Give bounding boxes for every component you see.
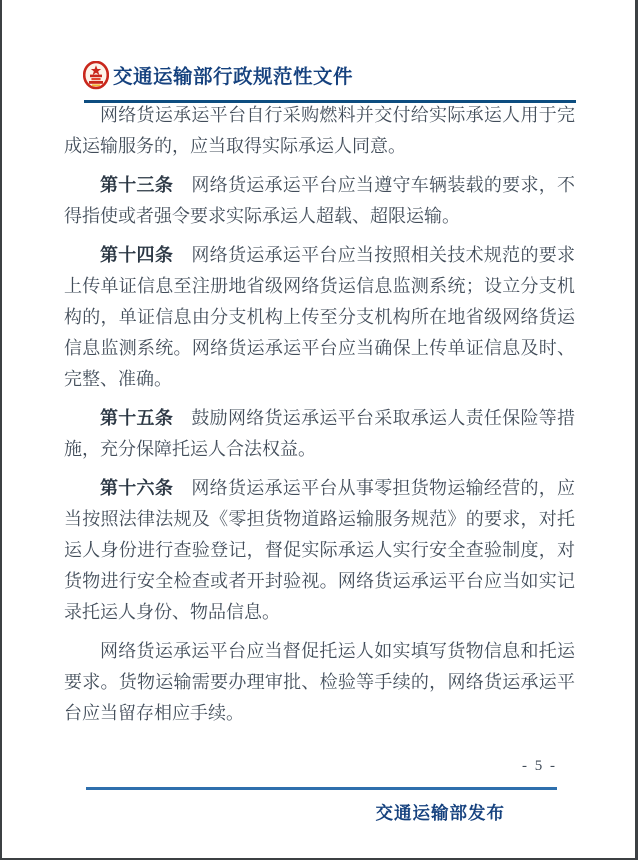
- paragraph: 网络货运承运平台自行采购燃料并交付给实际承运人用于完成运输服务的，应当取得实际承…: [64, 100, 575, 162]
- article-number: 第十三条: [100, 175, 173, 195]
- document-body: 网络货运承运平台自行采购燃料并交付给实际承运人用于完成运输服务的，应当取得实际承…: [64, 100, 575, 737]
- document-page: 交通运输部行政规范性文件 网络货运承运平台自行采购燃料并交付给实际承运人用于完成…: [2, 0, 635, 858]
- publisher-label: 交通运输部发布: [376, 800, 506, 825]
- paragraph: 第十六条 网络货运承运平台从事零担货物运输经营的，应当按照法律法规及《零担货物道…: [64, 473, 575, 628]
- paragraph: 第十五条 鼓励网络货运承运平台采取承运人责任保险等措施，充分保障托运人合法权益。: [64, 403, 575, 465]
- page-number: - 5 -: [522, 758, 557, 775]
- footer-rule: [86, 787, 557, 790]
- paragraph: 网络货运承运平台应当督促托运人如实填写货物信息和托运要求。货物运输需要办理审批、…: [64, 636, 575, 729]
- national-emblem-icon: [83, 61, 109, 90]
- article-number: 第十六条: [100, 478, 173, 498]
- paragraph: 第十三条 网络货运承运平台应当遵守车辆装载的要求，不得指使或者强令要求实际承运人…: [64, 170, 575, 232]
- article-number: 第十四条: [100, 245, 173, 265]
- article-number: 第十五条: [100, 408, 173, 428]
- document-header: 交通运输部行政规范性文件: [83, 59, 353, 91]
- paragraph: 第十四条 网络货运承运平台应当按照相关技术规范的要求上传单证信息至注册地省级网络…: [64, 240, 575, 395]
- document-kind-title: 交通运输部行政规范性文件: [113, 61, 353, 89]
- viewer-background: 交通运输部行政规范性文件 网络货运承运平台自行采购燃料并交付给实际承运人用于完成…: [0, 0, 638, 860]
